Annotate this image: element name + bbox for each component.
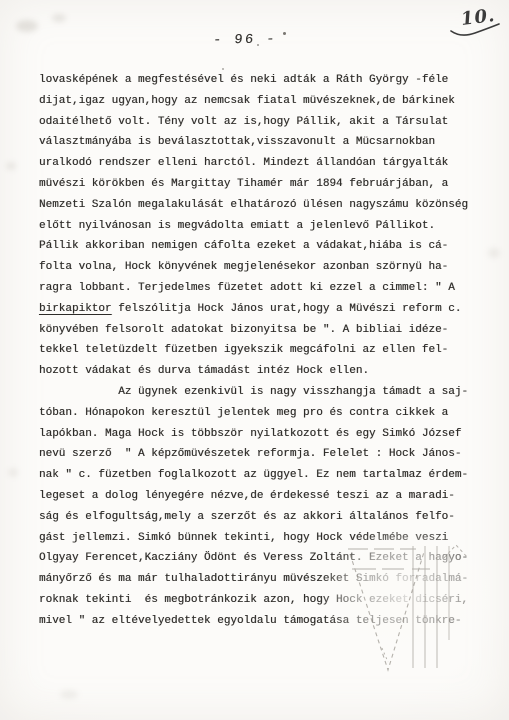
text-line: mivel " az eltévelyedettek egyoldalu tám… [39, 611, 484, 632]
text-line: uralkodó rendszer elleni harctól. Mindez… [39, 153, 484, 174]
text-line: tekkel teletüzdelt füzetben igyekszik me… [39, 340, 484, 361]
text-line: odaitélhető volt. Tény volt az is,hogy P… [39, 112, 484, 133]
scanned-document-page: 10. - 96 - lovasképének a megfestésével … [0, 0, 509, 720]
text-line: nevü szerző " A képzőmüvészetek reformja… [39, 444, 484, 465]
text-line: tóban. Hónapokon keresztül jelentek meg … [39, 403, 484, 424]
text-line: lovasképének a megfestésével és neki adt… [39, 70, 484, 91]
text-line: dijat,igaz ugyan,hogy az nemcsak fiatal … [39, 91, 484, 112]
text-line: Olgyay Ferencet,Kacziány Ödönt és Veress… [39, 548, 484, 569]
text-line: mányőrző és ma már tulhaladottirányu müv… [39, 569, 484, 590]
text-line: nak " c. füzetben foglalkozott az üggyel… [39, 465, 484, 486]
text-line: Pállik akkoriban nemigen cáfolta ezeket … [39, 236, 484, 257]
text-line: legeset a dolog lényegére nézve,de érdek… [39, 486, 484, 507]
text-line: hozott vádakat és durva támadást intéz H… [39, 361, 484, 382]
typed-page-number: - 96 - [212, 32, 277, 49]
text-line: ragra lobbant. Terjedelmes füzetet adott… [39, 278, 484, 299]
typewritten-text: lovasképének a megfestésével és neki adt… [39, 70, 484, 632]
text-line: előtt nyilvánosan is megvádolta emiatt a… [39, 216, 484, 237]
scan-smudge [16, 20, 38, 32]
text-line: birkapiktor felszólitja Hock János urat,… [39, 299, 484, 320]
text-line: gást jellemzi. Simkó bünnek tekinti, hog… [39, 528, 484, 549]
text-line: ság és elfogultság,mely a szerzőt és az … [39, 507, 484, 528]
underlined-word: birkapiktor [39, 303, 112, 315]
text-line: folta volna, Hock könyvének megjelenések… [39, 257, 484, 278]
text-line: lapókban. Maga Hock is többször nyilatko… [39, 424, 484, 445]
text-line: roknak tekinti és megbotránkozik azon, h… [39, 590, 484, 611]
text-line: müvészi körökben és Margittay Tihamér má… [39, 174, 484, 195]
text-line: választmányába is beválasztottak,visszav… [39, 132, 484, 153]
scan-smudge [52, 14, 66, 22]
scan-smudge [8, 468, 18, 477]
handwritten-underline-stroke [449, 22, 501, 38]
text-line: Nemzeti Szalón megalakulását elhatározó … [39, 195, 484, 216]
ink-speck [283, 32, 286, 35]
scan-smudge [6, 162, 16, 170]
scan-smudge [488, 248, 500, 258]
text-line: könyvében felsorolt adatokat bizonyitsa … [39, 320, 484, 341]
scan-smudge [60, 690, 78, 699]
text-line: Az ügynek ezenkivül is nagy visszhangja … [39, 382, 484, 403]
